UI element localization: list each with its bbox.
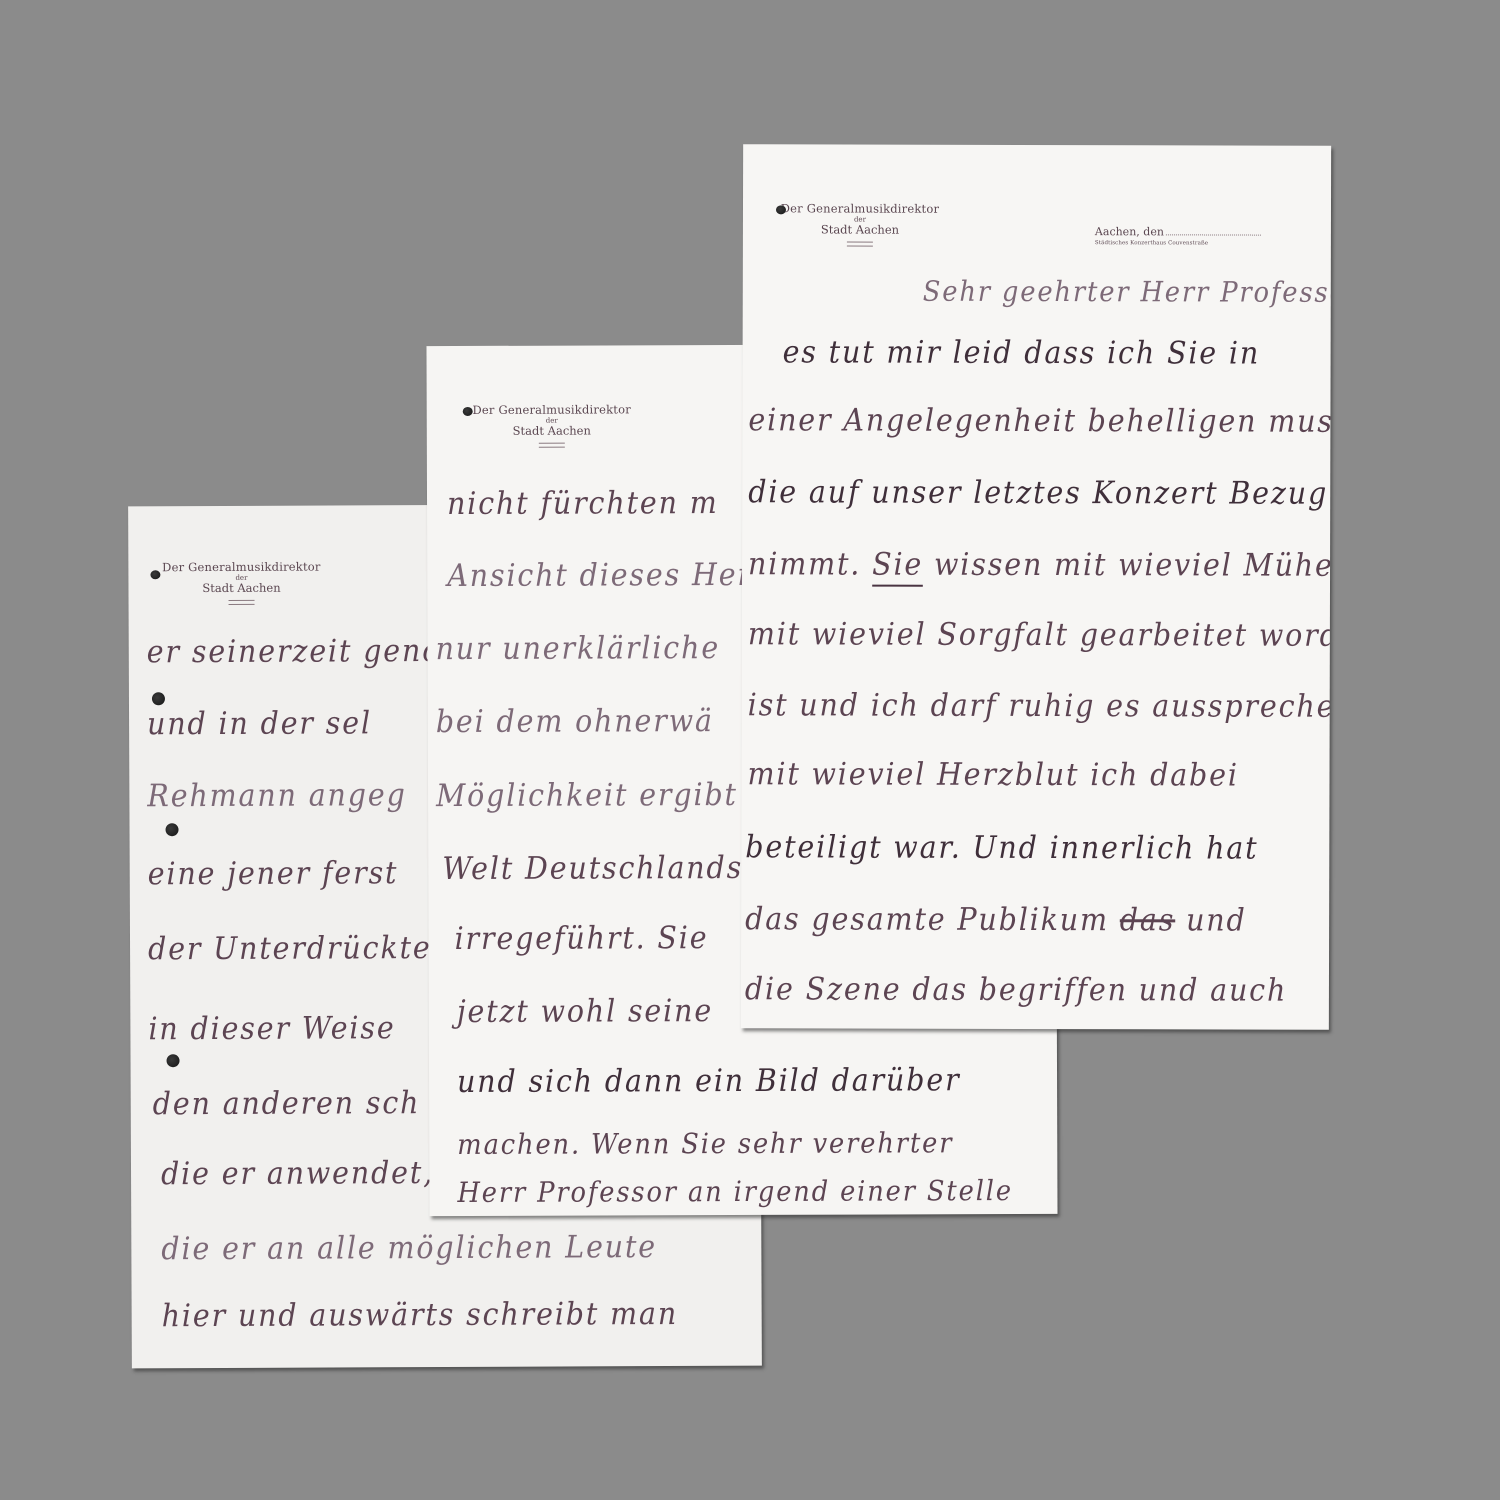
handwritten-line: mit wieviel Herzblut ich dabei	[747, 756, 1238, 793]
handwritten-line: der Unterdrückte	[148, 930, 432, 967]
handwritten-line: Ansicht dieses Herr	[447, 557, 768, 594]
handwritten-line: irregeführt. Sie	[454, 920, 708, 957]
handwritten-line: es tut mir leid dass ich Sie in	[783, 334, 1261, 371]
handwritten-line: ist und ich darf ruhig es aussprechen	[748, 687, 1332, 725]
date-block: Aachen, den Städtisches Konzerthaus Couv…	[1095, 225, 1261, 246]
handwritten-line: das gesamte Publikum das und	[745, 901, 1247, 938]
handwritten-line: den anderen sch	[153, 1085, 421, 1122]
handwritten-line: einer Angelegenheit behelligen muss	[748, 402, 1331, 440]
handwritten-line: die auf unser letztes Konzert Bezug	[748, 474, 1328, 512]
letterhead-city: Stadt Aachen	[765, 224, 955, 238]
punch-hole	[166, 823, 179, 836]
punch-hole	[167, 1054, 180, 1067]
date-subline: Städtisches Konzerthaus Couvenstraße	[1095, 240, 1261, 246]
letter-page-right: Der Generalmusikdirektor der Stadt Aache…	[741, 144, 1331, 1030]
handwritten-line: jetzt wohl seine	[457, 993, 713, 1030]
letterhead-city: Stadt Aachen	[146, 582, 336, 596]
handwritten-line: Welt Deutschlands	[442, 850, 743, 887]
salutation: Sehr geehrter Herr Professor	[923, 275, 1331, 309]
handwritten-line: mit wieviel Sorgfalt gearbeitet worden	[748, 616, 1331, 654]
letterhead-title: Der Generalmusikdirektor	[457, 403, 647, 417]
handwritten-line: die er anwendet,	[161, 1155, 434, 1192]
date-label: Aachen, den	[1095, 225, 1164, 238]
letterhead-city: Stadt Aachen	[457, 425, 647, 439]
letterhead: Der Generalmusikdirektor der Stadt Aache…	[457, 403, 647, 448]
handwritten-line: die er an alle möglichen Leute	[161, 1229, 657, 1267]
handwritten-word: nimmt.	[748, 546, 861, 582]
handwritten-word: wissen mit wieviel Mühe	[934, 547, 1331, 584]
struck-word: das	[1120, 902, 1176, 938]
letterhead-rule	[847, 242, 873, 247]
handwritten-line: beteiligt war. Und innerlich hat	[745, 829, 1258, 866]
letterhead-title: Der Generalmusikdirektor	[765, 202, 955, 216]
punch-hole	[152, 692, 165, 705]
handwritten-line: in dieser Weise	[148, 1010, 395, 1047]
punch-hole	[150, 570, 160, 579]
handwritten-word: das gesamte Publikum	[745, 901, 1109, 938]
handwritten-line: er seinerzeit genom	[147, 633, 470, 670]
letterhead: Der Generalmusikdirektor der Stadt Aache…	[765, 202, 955, 247]
handwritten-line: und in der sel	[147, 705, 372, 742]
punch-hole	[776, 205, 786, 214]
handwritten-line: bei dem ohnerwä	[436, 703, 714, 740]
letterhead-rule	[229, 600, 255, 605]
date-dotted-line	[1166, 234, 1261, 235]
handwritten-line: Rehmann angeg	[147, 777, 406, 814]
handwritten-line: machen. Wenn Sie sehr verehrter	[457, 1126, 953, 1161]
handwritten-line: nur unerklärliche	[435, 630, 720, 667]
underlined-word: Sie	[872, 547, 923, 587]
handwritten-word: und	[1186, 902, 1247, 938]
handwritten-line: die Szene das begriffen und auch	[745, 971, 1287, 1008]
handwritten-line: Möglichkeit ergibt	[436, 777, 738, 814]
punch-hole	[463, 407, 473, 416]
letterhead-rule	[539, 443, 565, 448]
handwritten-line: Herr Professor an irgend einer Stelle	[457, 1174, 1013, 1209]
letterhead: Der Generalmusikdirektor der Stadt Aache…	[146, 560, 336, 605]
handwritten-line: hier und auswärts schreibt man	[162, 1296, 679, 1334]
handwritten-line: eine jener ferst	[148, 855, 399, 892]
handwritten-line: nicht fürchten m	[447, 485, 719, 522]
handwritten-line: nimmt. Sie wissen mit wieviel Mühe	[748, 546, 1331, 584]
handwritten-line: und sich dann ein Bild darüber	[457, 1062, 961, 1100]
letterhead-title: Der Generalmusikdirektor	[146, 560, 336, 574]
